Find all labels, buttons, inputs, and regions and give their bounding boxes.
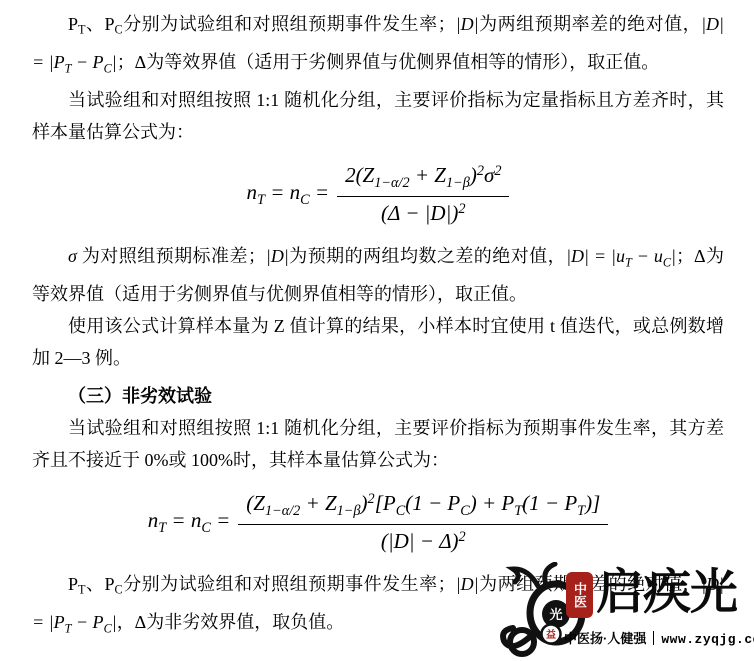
formula1-fraction: 2(Z1−α/2 + Z1−β)2σ2 (Δ − |D|)2 <box>337 162 509 226</box>
text-segment: T <box>78 23 85 37</box>
text-segment: (Δ − |D|) <box>381 201 458 225</box>
formula1-denominator: (Δ − |D|)2 <box>381 197 465 226</box>
text-segment: (1 − P <box>405 491 460 515</box>
text-segment: [P <box>375 491 396 515</box>
chinese-medicine-seal-stamp: 中医 <box>566 572 593 618</box>
text-segment: 、 <box>86 574 105 594</box>
document-body: PT、PC分别为试验组和对照组预期事件发生率；|D|为两组预期率差的绝对值，|D… <box>0 0 754 644</box>
text-segment: 为对照组预期标准差； <box>77 246 266 266</box>
text-segment: C <box>663 255 671 269</box>
text-segment: 分别为试验组和对照组预期事件发生率； <box>123 14 456 34</box>
text-segment: T <box>78 583 85 597</box>
text-segment: C <box>201 520 211 536</box>
text-segment: P <box>105 574 115 594</box>
text-segment: C <box>300 192 310 208</box>
paragraph-z-t-iteration-note: 使用该公式计算样本量为 Z 值计算的结果，小样本时宜使用 t 值迭代，或总例数增… <box>32 310 724 374</box>
text-segment: |D| <box>266 246 289 266</box>
brand-calligraphy-text: 启疾光 <box>596 562 737 624</box>
text-segment: = n <box>265 180 300 204</box>
text-segment: 当试验组和对照组按照 1:1 随机化分组，主要评价指标为预期事件发生率，其方差齐… <box>32 418 724 470</box>
text-segment: P <box>105 14 115 34</box>
text-segment: = <box>211 508 230 532</box>
text-segment: 1−α/2 <box>374 175 409 191</box>
paragraph-sigma-definition: σ 为对照组预期标准差；|D|为预期的两组均数之差的绝对值，|D| = |uT … <box>32 240 724 310</box>
text-segment: 2 <box>494 163 501 179</box>
text-segment: (|D| − Δ) <box>381 529 459 553</box>
text-segment: )] <box>585 491 600 515</box>
text-segment: ) + P <box>470 491 515 515</box>
text-segment: n <box>148 508 159 532</box>
formula2-fraction: (Z1−α/2 + Z1−β)2[PC(1 − PC) + PT(1 − PT)… <box>238 490 608 554</box>
tagline-divider <box>653 631 654 645</box>
text-segment: 2(Z <box>345 163 374 187</box>
text-segment: C <box>460 503 470 519</box>
text-segment: C <box>396 503 406 519</box>
formula-equivalence-quantitative: nT = nC = 2(Z1−α/2 + Z1−β)2σ2 (Δ − |D|)2 <box>32 162 724 226</box>
emblem-char-bottom: 益 <box>546 628 556 641</box>
text-segment: C <box>115 23 123 37</box>
text-segment: 为预期的两组均数之差的绝对值， <box>289 246 566 266</box>
text-segment: 分别为试验组和对照组预期事件发生率； <box>123 574 456 594</box>
formula1-numerator: 2(Z1−α/2 + Z1−β)2σ2 <box>337 162 509 197</box>
paragraph-non-inferiority-intro: 当试验组和对照组按照 1:1 随机化分组，主要评价指标为预期事件发生率，其方差齐… <box>32 412 724 476</box>
text-segment: 使用该公式计算样本量为 Z 值计算的结果，小样本时宜使用 t 值迭代，或总例数增… <box>32 316 724 368</box>
text-segment: 1−α/2 <box>265 503 300 519</box>
text-segment: − u <box>632 246 663 266</box>
text-segment: n <box>247 180 258 204</box>
text-segment: + Z <box>410 163 446 187</box>
text-segment: = n <box>166 508 201 532</box>
formula2-lhs: nT = nC = <box>148 507 231 538</box>
text-segment: T <box>625 255 632 269</box>
text-segment: σ <box>68 246 77 266</box>
text-segment: = <box>310 180 329 204</box>
paragraph-quantitative-intro: 当试验组和对照组按照 1:1 随机化分组，主要评价指标为定量指标且方差齐时，其样… <box>32 84 724 148</box>
text-segment: 为两组预期率差的绝对值， <box>479 14 702 34</box>
text-segment: 2 <box>458 201 465 217</box>
text-segment: 2 <box>368 491 375 507</box>
text-segment: ；Δ为等效界值（适用于劣侧界值与优侧界值相等的情形），取正值。 <box>117 52 660 72</box>
text-segment: (1 − P <box>522 491 577 515</box>
text-segment: ) <box>470 163 477 187</box>
formula2-numerator: (Z1−α/2 + Z1−β)2[PC(1 − PC) + PT(1 − PT)… <box>238 490 608 525</box>
text-segment: σ <box>484 163 494 187</box>
section-heading-non-inferiority: （三）非劣效试验 <box>32 380 724 412</box>
text-segment: P <box>68 574 78 594</box>
logo-tagline: 中医扬·人健强www.zyqjg.com <box>564 630 754 649</box>
text-segment: 1−β <box>337 503 361 519</box>
site-watermark-logo: 光 益 中医 启疾光 中医扬·人健强www.zyqjg.com <box>498 562 752 660</box>
text-segment: (Z <box>246 491 265 515</box>
text-segment: 当试验组和对照组按照 1:1 随机化分组，主要评价指标为定量指标且方差齐时，其样… <box>32 90 724 142</box>
text-segment: − P <box>71 612 103 632</box>
text-segment: ，Δ为非劣效界值，取负值。 <box>117 612 345 632</box>
text-segment: 2 <box>459 529 466 545</box>
text-segment: |D| = |u <box>566 246 625 266</box>
text-segment: 、 <box>86 14 105 34</box>
text-segment: T <box>257 192 265 208</box>
website-url: www.zyqjg.com <box>661 632 754 647</box>
formula-non-inferiority-rates: nT = nC = (Z1−α/2 + Z1−β)2[PC(1 − PC) + … <box>32 490 724 554</box>
text-segment: C <box>115 583 123 597</box>
paragraph-rate-definitions-equivalence: PT、PC分别为试验组和对照组预期事件发生率；|D|为两组预期率差的绝对值，|D… <box>32 8 724 84</box>
formula1-lhs: nT = nC = <box>247 179 330 210</box>
text-segment: 2 <box>477 163 484 179</box>
text-segment: − P <box>71 52 103 72</box>
text-segment: C <box>104 621 112 635</box>
text-segment: P <box>68 14 78 34</box>
text-segment: |D| <box>456 574 479 594</box>
text-segment: T <box>158 520 166 536</box>
text-segment: C <box>104 61 112 75</box>
emblem-char-top: 光 <box>549 607 562 622</box>
text-segment: |D| <box>456 14 479 34</box>
text-segment: + Z <box>300 491 336 515</box>
text-segment: T <box>577 503 585 519</box>
formula2-denominator: (|D| − Δ)2 <box>381 525 466 554</box>
text-segment: ) <box>361 491 368 515</box>
tagline-slogan: 中医扬·人健强 <box>564 631 646 646</box>
text-segment: 1−β <box>446 175 470 191</box>
text-segment: T <box>514 503 522 519</box>
